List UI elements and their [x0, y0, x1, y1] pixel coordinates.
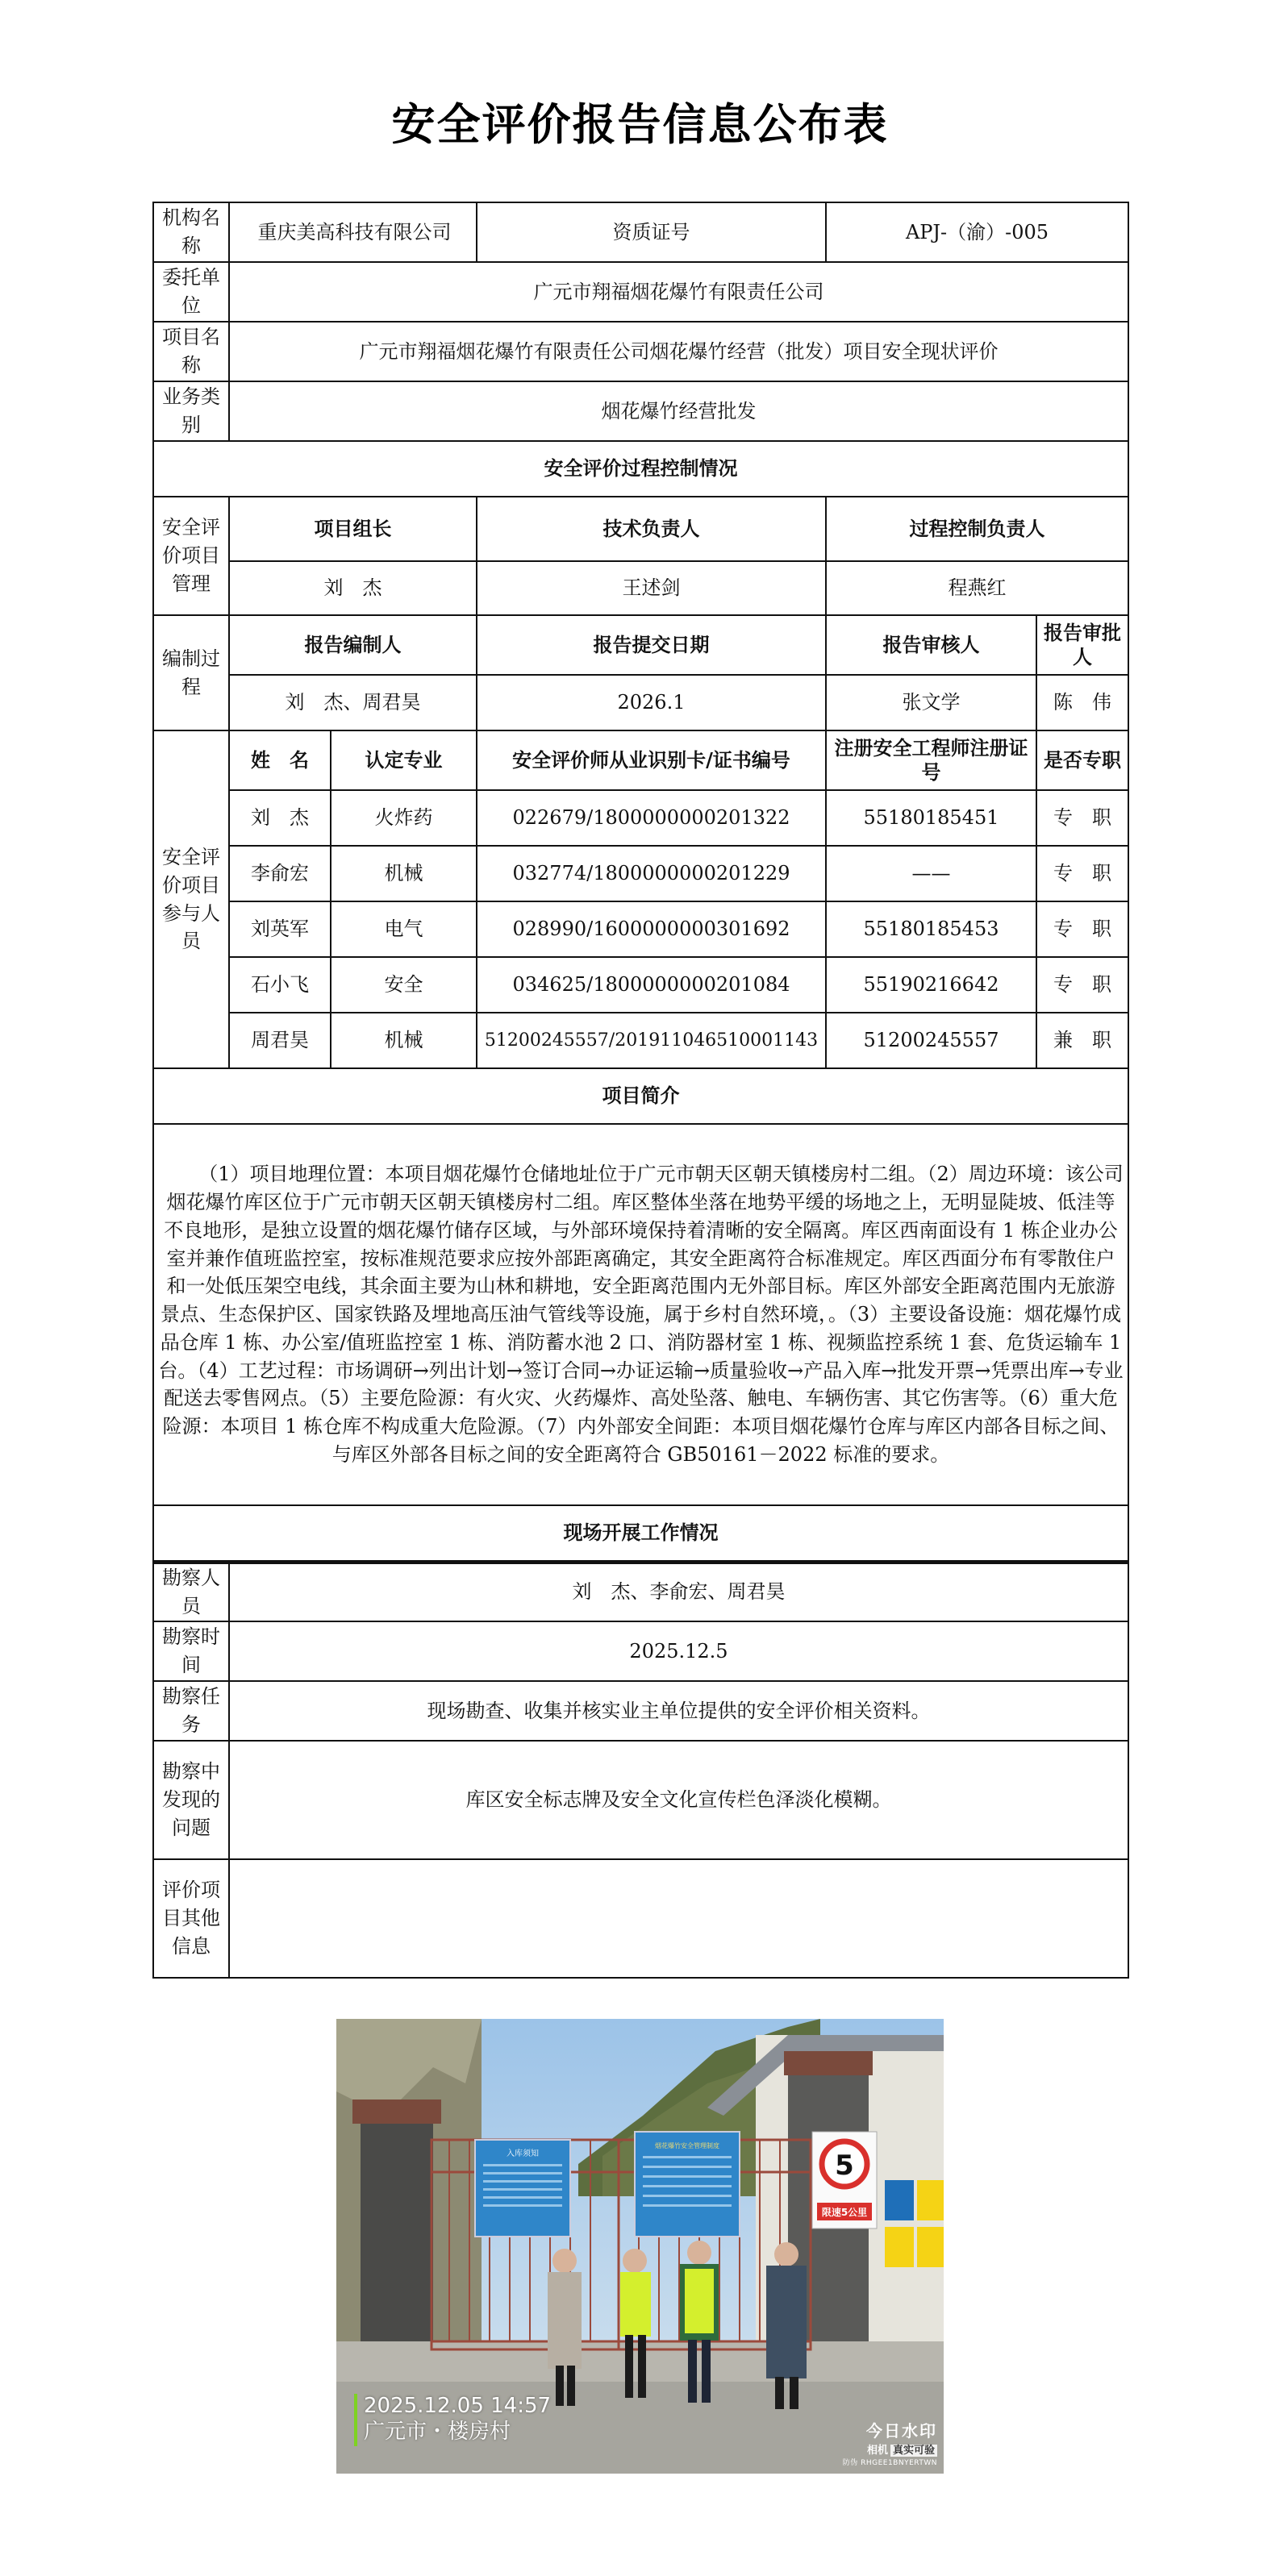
mgmt-header-tech: 技术负责人 [477, 497, 826, 561]
participant-fulltime: 专 职 [1036, 790, 1128, 846]
participant-fulltime: 专 职 [1036, 846, 1128, 901]
table-row: 周君昊 机械 51200245557/201911046510001143 51… [153, 1013, 1128, 1068]
participant-reg: 51200245557 [826, 1013, 1036, 1068]
client-label: 委托单位 [153, 262, 229, 322]
photo-location: 广元市・楼房村 [364, 2419, 551, 2446]
table-row: 石小飞 安全 034625/1800000000201084 551902166… [153, 957, 1128, 1013]
client-value: 广元市翔福烟花爆竹有限责任公司 [229, 262, 1128, 322]
info-table: 机构名称 重庆美高科技有限公司 资质证号 APJ-（渝）-005 委托单位 广元… [152, 202, 1129, 1979]
participants-header-row: 安全评价项目参与人员 姓 名 认定专业 安全评价师从业识别卡/证书编号 注册安全… [153, 730, 1128, 790]
participant-cert: 028990/1600000000301692 [477, 901, 826, 957]
compilation-label: 编制过程 [153, 615, 229, 730]
org-name-value: 重庆美高科技有限公司 [229, 202, 477, 262]
survey-time-label: 勘察时间 [153, 1621, 229, 1681]
participants-header-reg: 注册安全工程师注册证号 [826, 730, 1036, 790]
table-row: 李俞宏 机械 032774/1800000000201229 —— 专 职 [153, 846, 1128, 901]
board-left-title: 入库须知 [507, 2148, 539, 2158]
comp-value-reviewer: 张文学 [826, 675, 1036, 730]
svg-text:限速5公里: 限速5公里 [822, 2206, 867, 2218]
process-control-section-title: 安全评价过程控制情况 [153, 441, 1128, 497]
row-client: 委托单位 广元市翔福烟花爆竹有限责任公司 [153, 262, 1128, 322]
table-row: 刘 杰 火炸药 022679/1800000000201322 55180185… [153, 790, 1128, 846]
svg-text:5: 5 [835, 2149, 854, 2182]
site-work-section-title: 现场开展工作情况 [153, 1505, 1128, 1562]
watermark-code: 防伪 RHGEE1BNYERTWN [843, 2457, 937, 2467]
watermark-brand: 今日水印 [843, 2418, 937, 2441]
table-row: 刘英军 电气 028990/1600000000301692 551801854… [153, 901, 1128, 957]
comp-header-date: 报告提交日期 [477, 615, 826, 675]
comp-value-author: 刘 杰、周君昊 [229, 675, 477, 730]
participant-name: 刘英军 [229, 901, 331, 957]
participant-reg: 55180185453 [826, 901, 1036, 957]
participant-reg: 55180185451 [826, 790, 1036, 846]
project-value: 广元市翔福烟花爆竹有限责任公司烟花爆竹经营（批发）项目安全现状评价 [229, 322, 1128, 381]
row-business: 业务类别 烟花爆竹经营批发 [153, 381, 1128, 441]
comp-value-date: 2026.1 [477, 675, 826, 730]
other-info-value [229, 1859, 1128, 1978]
business-value: 烟花爆竹经营批发 [229, 381, 1128, 441]
survey-task-value: 现场勘查、收集并核实业主单位提供的安全评价相关资料。 [229, 1681, 1128, 1741]
business-label: 业务类别 [153, 381, 229, 441]
project-summary-section-title: 项目简介 [153, 1068, 1128, 1124]
photo-timestamp-overlay: 2025.12.05 14:57 广元市・楼房村 [354, 2394, 551, 2446]
project-summary-text: （1）项目地理位置：本项目烟花爆竹仓储地址位于广元市朝天区朝天镇楼房村二组。（2… [153, 1124, 1128, 1505]
page-title: 安全评价报告信息公布表 [0, 90, 1280, 152]
participants-header-name: 姓 名 [229, 730, 331, 790]
participant-specialty: 火炸药 [331, 790, 477, 846]
comp-header-approver: 报告审批人 [1036, 615, 1128, 675]
participant-name: 石小飞 [229, 957, 331, 1013]
participant-cert: 022679/1800000000201322 [477, 790, 826, 846]
other-info-label: 评价项目其他信息 [153, 1859, 229, 1978]
participant-fulltime: 专 职 [1036, 901, 1128, 957]
participant-cert: 034625/1800000000201084 [477, 957, 826, 1013]
comp-header-reviewer: 报告审核人 [826, 615, 1036, 675]
participants-label: 安全评价项目参与人员 [153, 730, 229, 1068]
participant-name: 周君昊 [229, 1013, 331, 1068]
participant-cert: 032774/1800000000201229 [477, 846, 826, 901]
comp-value-approver: 陈 伟 [1036, 675, 1128, 730]
survey-time-value: 2025.12.5 [229, 1621, 1128, 1681]
mgmt-header-leader: 项目组长 [229, 497, 477, 561]
survey-staff-value: 刘 杰、李俞宏、周君昊 [229, 1562, 1128, 1621]
cert-label: 资质证号 [481, 218, 822, 247]
participants-header-cert: 安全评价师从业识别卡/证书编号 [477, 730, 826, 790]
mgmt-value-leader: 刘 杰 [229, 561, 477, 615]
row-project: 项目名称 广元市翔福烟花爆竹有限责任公司烟花爆竹经营（批发）项目安全现状评价 [153, 322, 1128, 381]
cert-cell-wrapper: 资质证号 [477, 202, 826, 262]
row-org: 机构名称 重庆美高科技有限公司 资质证号 APJ-（渝）-005 [153, 202, 1128, 262]
mgmt-value-control: 程燕红 [826, 561, 1128, 615]
participant-specialty: 安全 [331, 957, 477, 1013]
participant-specialty: 电气 [331, 901, 477, 957]
watermark-sub: 相机真实可验 [843, 2441, 937, 2457]
org-name-label: 机构名称 [153, 202, 229, 262]
participant-specialty: 机械 [331, 846, 477, 901]
management-label: 安全评价项目管理 [153, 497, 229, 615]
participant-fulltime: 专 职 [1036, 957, 1128, 1013]
participants-header-fulltime: 是否专职 [1036, 730, 1128, 790]
watermark-verify-badge: 真实可验 [890, 2445, 937, 2457]
survey-staff-label: 勘察人员 [153, 1562, 229, 1621]
mgmt-value-tech: 王述剑 [477, 561, 826, 615]
participants-header-specialty: 认定专业 [331, 730, 477, 790]
mgmt-header-control: 过程控制负责人 [826, 497, 1128, 561]
cert-no-value: APJ-（渝）-005 [826, 202, 1128, 262]
survey-issues-value: 库区安全标志牌及安全文化宣传栏色泽淡化模糊。 [229, 1741, 1128, 1859]
participant-name: 刘 杰 [229, 790, 331, 846]
board-right-title: 烟花爆竹安全管理制度 [655, 2141, 719, 2149]
participant-specialty: 机械 [331, 1013, 477, 1068]
survey-issues-label: 勘察中发现的问题 [153, 1741, 229, 1859]
participant-fulltime: 兼 职 [1036, 1013, 1128, 1068]
participant-reg: 55190216642 [826, 957, 1036, 1013]
project-label: 项目名称 [153, 322, 229, 381]
photo-timestamp: 2025.12.05 14:57 [364, 2394, 551, 2419]
survey-task-label: 勘察任务 [153, 1681, 229, 1741]
participant-reg: —— [826, 846, 1036, 901]
site-photo: 入库须知 烟花爆竹安全管理制度 5 限速5公里 [336, 2019, 944, 2474]
participant-cert: 51200245557/201911046510001143 [477, 1013, 826, 1068]
photo-watermark: 今日水印 相机真实可验 防伪 RHGEE1BNYERTWN [843, 2418, 937, 2467]
comp-header-author: 报告编制人 [229, 615, 477, 675]
participant-name: 李俞宏 [229, 846, 331, 901]
